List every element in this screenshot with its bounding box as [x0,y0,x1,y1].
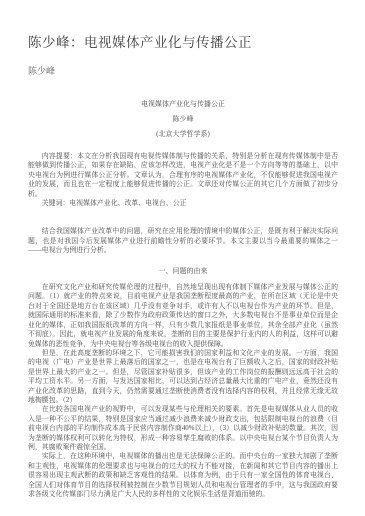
article-title: 电视媒体产业化与传播公正 [28,97,338,112]
article-author: 陈少峰 [28,112,338,127]
intro-paragraph: 结合我国媒体产业改革中的问题，研究在应用伦理的情境中的媒体公正，是既有利于解决实… [28,227,338,255]
section-heading: 一、问题的由来 [28,267,338,276]
page-title: 陈少峰：电视媒体产业化与传播公正 [28,34,338,51]
body-paragraph-1: 在研究文化产业和研究传媒伦理的过程中，自然地呈现出现有体制下媒体产业发展与媒体公… [28,283,338,349]
article-affiliation: (北京大学哲学系) [28,127,338,142]
body-paragraph-4: 实际上，在这种环境中，电视媒体的播出也是无法保障公正的。而中央台的一家独大加剧了… [28,452,338,499]
abstract-paragraph: 内容提要：本文在分析我国现有电视传媒体制与传播的关系，特别是分析在现有传媒体制中… [28,152,338,199]
keywords-line: 关键词：电视媒体产业化、改革、电视台、公正 [28,199,338,208]
article-header: 电视媒体产业化与传播公正 陈少峰 (北京大学哲学系) [28,97,338,142]
body-paragraph-2: 但是，在此高度垄断的环境之下，它可能损害我们的国家利益和文化产业的发展。一方面，… [28,349,338,405]
body-paragraph-3: 在比较各国电视产业的视野中，可以发现某些与伦理相关的要素。首先是电视媒体从业人员… [28,405,338,452]
byline-author: 陈少峰 [28,65,338,77]
article-body: 内容提要：本文在分析我国现有电视传媒体制与传播的关系，特别是分析在现有传媒体制中… [28,152,338,499]
document-page: 陈少峰：电视媒体产业化与传播公正 陈少峰 电视媒体产业化与传播公正 陈少峰 (北… [0,0,365,516]
